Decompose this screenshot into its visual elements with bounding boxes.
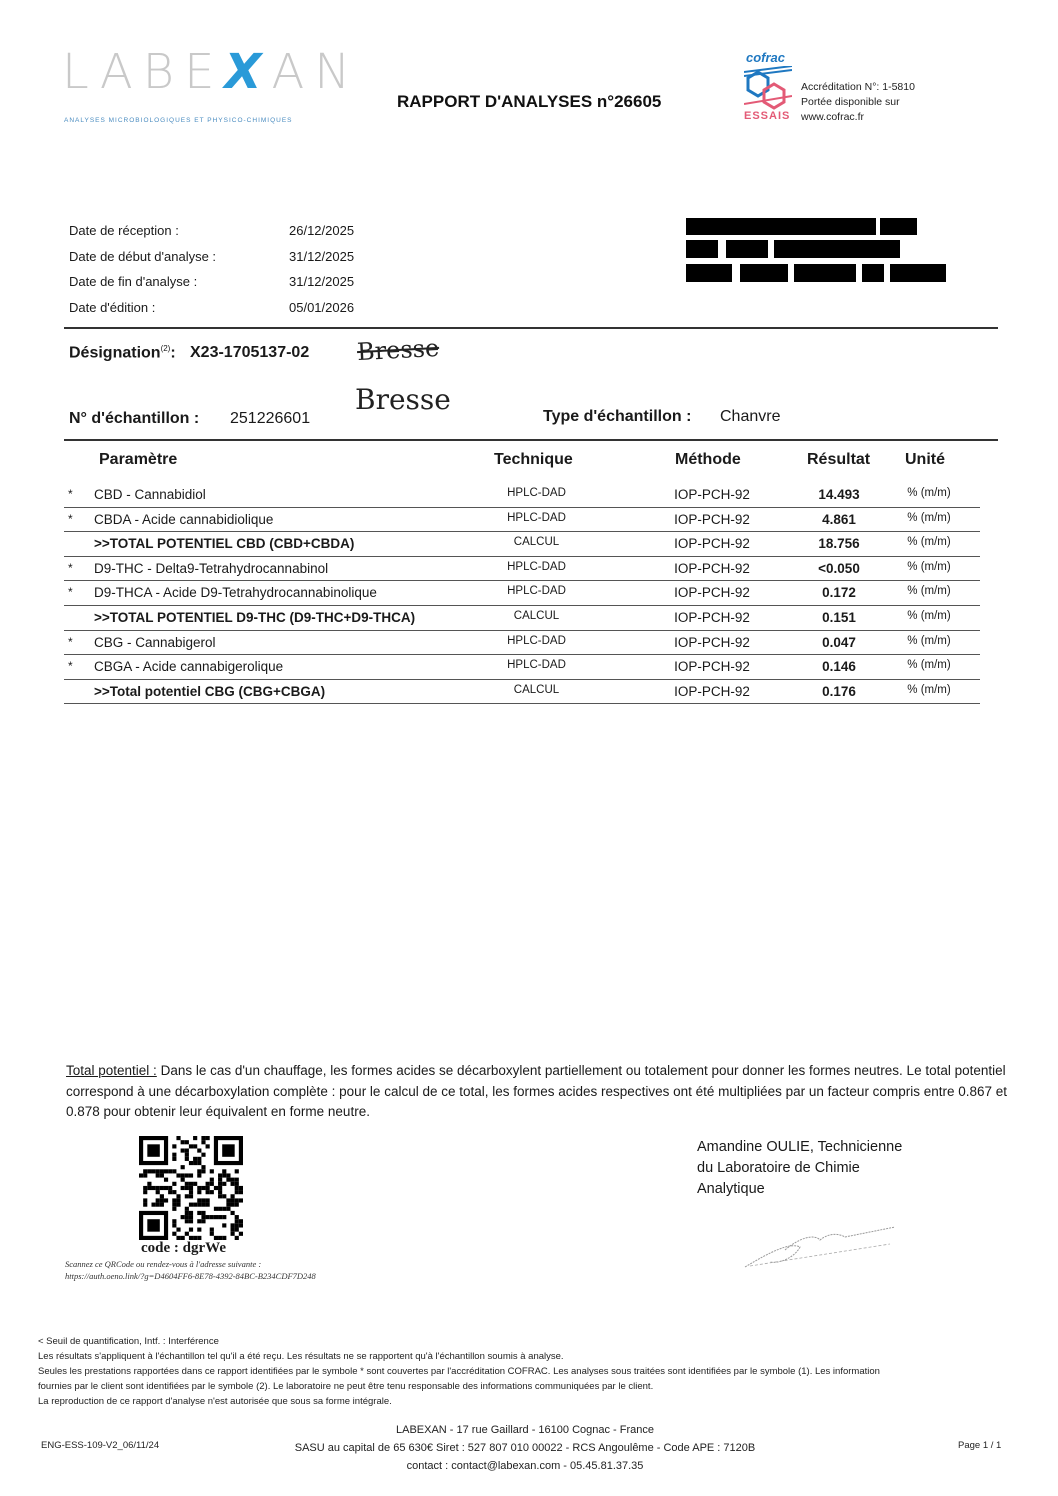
sample-type-value: Chanvre	[720, 408, 780, 426]
date-label: Date d'édition :	[69, 300, 289, 326]
signer-block: Amandine OULIE, Technicienne du Laborato…	[697, 1137, 902, 1200]
accreditation-star-icon: *	[68, 635, 73, 649]
cell-method: IOP-PCH-92	[652, 635, 772, 650]
cell-method: IOP-PCH-92	[652, 684, 772, 699]
header-technique: Technique	[494, 451, 573, 469]
note-text: Dans le cas d'un chauffage, les formes a…	[66, 1063, 1007, 1119]
cell-technique: CALCUL	[464, 536, 609, 548]
cell-result: 18.756	[794, 536, 884, 551]
company-address: LABEXAN - 17 rue Gaillard - 16100 Cognac…	[220, 1421, 830, 1439]
date-value: 31/12/2025	[289, 274, 409, 300]
cell-result: <0.050	[794, 561, 884, 576]
dates-block: Date de réception :26/12/2025 Date de dé…	[69, 223, 409, 325]
cell-result: 14.493	[794, 487, 884, 502]
date-row: Date de fin d'analyse :31/12/2025	[69, 274, 409, 300]
designation-value: X23-1705137-02	[190, 344, 309, 362]
cell-unit: % (m/m)	[894, 585, 964, 597]
signer-name: Amandine OULIE, Technicienne	[697, 1137, 902, 1158]
cell-method: IOP-PCH-92	[652, 561, 772, 576]
table-row: *D9-THCA - Acide D9-Tetrahydrocannabinol…	[64, 581, 980, 606]
header-param: Paramètre	[99, 451, 177, 469]
cell-parameter: D9-THC - Delta9-Tetrahydrocannabinol	[94, 561, 328, 576]
qr-instructions: Scannez ce QRCode ou rendez-vous à l'adr…	[65, 1258, 316, 1282]
designation-label: Désignation(2):	[69, 344, 176, 362]
results-table: Paramètre Technique Méthode Résultat Uni…	[64, 441, 980, 704]
cell-technique: HPLC-DAD	[464, 487, 609, 499]
logo-text: LABE	[62, 44, 224, 100]
table-row: *D9-THC - Delta9-TetrahydrocannabinolHPL…	[64, 557, 980, 582]
logo-text-end: AN	[271, 44, 360, 100]
legal-line: fournies par le client sont identifiées …	[38, 1379, 1038, 1394]
document-code: ENG-ESS-109-V2_06/11/24	[41, 1440, 159, 1451]
legal-line: < Seuil de quantification, Intf. : Inter…	[38, 1334, 1038, 1349]
logo-tagline: ANALYSES MICROBIOLOGIQUES ET PHYSICO-CHI…	[64, 117, 293, 124]
handwritten-struck-name: Bresse	[356, 334, 440, 366]
date-label: Date de début d'analyse :	[69, 249, 289, 275]
cofrac-logo: cofrac ESSAIS	[744, 50, 792, 124]
cofrac-website: www.cofrac.fr	[801, 110, 915, 125]
labexan-logo: LABEXAN	[62, 44, 360, 100]
cell-technique: HPLC-DAD	[464, 512, 609, 524]
accreditation-number: Accréditation N°: 1-5810	[801, 80, 915, 95]
cell-method: IOP-PCH-92	[652, 659, 772, 674]
designation-note: (2)	[161, 344, 171, 353]
logo-x-mark: X	[224, 44, 271, 100]
table-row: >>Total potentiel CBG (CBG+CBGA)CALCULIO…	[64, 680, 980, 705]
signature-icon	[740, 1222, 900, 1272]
cell-unit: % (m/m)	[894, 635, 964, 647]
cell-parameter: CBDA - Acide cannabidiolique	[94, 512, 273, 527]
date-row: Date de réception :26/12/2025	[69, 223, 409, 249]
cell-technique: HPLC-DAD	[464, 561, 609, 573]
cell-technique: CALCUL	[464, 610, 609, 622]
sample-number-label: N° d'échantillon :	[69, 410, 199, 428]
legal-line: La reproduction de ce rapport d'analyse …	[38, 1394, 1038, 1409]
cell-parameter: CBGA - Acide cannabigerolique	[94, 659, 283, 674]
cell-method: IOP-PCH-92	[652, 585, 772, 600]
cell-parameter: >>TOTAL POTENTIEL CBD (CBD+CBDA)	[94, 536, 354, 551]
date-label: Date de réception :	[69, 223, 289, 249]
cell-result: 4.861	[794, 512, 884, 527]
cell-unit: % (m/m)	[894, 512, 964, 524]
legal-notes: < Seuil de quantification, Intf. : Inter…	[38, 1334, 1038, 1409]
date-row: Date d'édition :05/01/2026	[69, 300, 409, 326]
cofrac-essais: ESSAIS	[744, 110, 790, 122]
qr-code-icon	[139, 1136, 243, 1240]
table-row: *CBG - CannabigerolHPLC-DADIOP-PCH-920.0…	[64, 631, 980, 656]
date-value: 26/12/2025	[289, 223, 409, 249]
cell-unit: % (m/m)	[894, 487, 964, 499]
cell-technique: HPLC-DAD	[464, 585, 609, 597]
date-value: 31/12/2025	[289, 249, 409, 275]
accreditation-star-icon: *	[68, 659, 73, 673]
cell-result: 0.176	[794, 684, 884, 699]
cell-result: 0.172	[794, 585, 884, 600]
report-title: RAPPORT D'ANALYSES n°26605	[397, 92, 661, 112]
cofrac-wordmark: cofrac	[746, 50, 785, 65]
accreditation-scope: Portée disponible sur	[801, 95, 915, 110]
qr-instruction-text: Scannez ce QRCode ou rendez-vous à l'adr…	[65, 1258, 316, 1270]
date-row: Date de début d'analyse :31/12/2025	[69, 249, 409, 275]
header-result: Résultat	[807, 451, 870, 469]
cell-method: IOP-PCH-92	[652, 536, 772, 551]
divider	[64, 327, 998, 329]
sample-type-label: Type d'échantillon :	[543, 408, 691, 426]
cell-parameter: D9-THCA - Acide D9-Tetrahydrocannabinoli…	[94, 585, 377, 600]
table-row: >>TOTAL POTENTIEL D9-THC (D9-THC+D9-THCA…	[64, 606, 980, 631]
cell-unit: % (m/m)	[894, 684, 964, 696]
cell-parameter: CBD - Cannabidiol	[94, 487, 206, 502]
table-header: Paramètre Technique Méthode Résultat Uni…	[64, 441, 980, 483]
cell-technique: HPLC-DAD	[464, 659, 609, 671]
cell-parameter: CBG - Cannabigerol	[94, 635, 216, 650]
cell-result: 0.047	[794, 635, 884, 650]
cell-method: IOP-PCH-92	[652, 610, 772, 625]
date-value: 05/01/2026	[289, 300, 409, 326]
accreditation-star-icon: *	[68, 487, 73, 501]
table-row: >>TOTAL POTENTIEL CBD (CBD+CBDA)CALCULIO…	[64, 532, 980, 557]
table-row: *CBD - CannabidiolHPLC-DADIOP-PCH-9214.4…	[64, 483, 980, 508]
cofrac-hexagon-icon	[744, 66, 792, 110]
cell-parameter: >>Total potentiel CBG (CBG+CBGA)	[94, 684, 325, 699]
cell-method: IOP-PCH-92	[652, 512, 772, 527]
accreditation-info: Accréditation N°: 1-5810 Portée disponib…	[801, 80, 915, 125]
accreditation-star-icon: *	[68, 561, 73, 575]
footer-address: LABEXAN - 17 rue Gaillard - 16100 Cognac…	[220, 1421, 830, 1475]
header-method: Méthode	[675, 451, 741, 469]
company-contact[interactable]: contact : contact@labexan.com - 05.45.81…	[220, 1457, 830, 1475]
cell-technique: CALCUL	[464, 684, 609, 696]
company-registration: SASU au capital de 65 630€ Siret : 527 8…	[220, 1439, 830, 1457]
cell-result: 0.146	[794, 659, 884, 674]
cell-unit: % (m/m)	[894, 561, 964, 573]
cell-parameter: >>TOTAL POTENTIEL D9-THC (D9-THC+D9-THCA…	[94, 610, 415, 625]
table-row: *CBDA - Acide cannabidioliqueHPLC-DADIOP…	[64, 508, 980, 533]
cell-unit: % (m/m)	[894, 659, 964, 671]
cell-result: 0.151	[794, 610, 884, 625]
legal-line: Seules les prestations rapportées dans c…	[38, 1364, 1038, 1379]
note-title: Total potentiel :	[66, 1063, 157, 1078]
signer-dept-2: Analytique	[697, 1179, 902, 1200]
table-row: *CBGA - Acide cannabigeroliqueHPLC-DADIO…	[64, 655, 980, 680]
accreditation-star-icon: *	[68, 512, 73, 526]
header-unit: Unité	[905, 451, 945, 469]
signer-dept: du Laboratoire de Chimie	[697, 1158, 902, 1179]
cell-unit: % (m/m)	[894, 610, 964, 622]
accreditation-star-icon: *	[68, 585, 73, 599]
designation-sep: :	[170, 344, 175, 361]
cell-method: IOP-PCH-92	[652, 487, 772, 502]
handwritten-name: Bresse	[355, 383, 451, 416]
page-number: Page 1 / 1	[958, 1440, 1001, 1451]
designation-label-text: Désignation	[69, 344, 161, 361]
sample-number-value: 251226601	[230, 410, 310, 428]
date-label: Date de fin d'analyse :	[69, 274, 289, 300]
cell-technique: HPLC-DAD	[464, 635, 609, 647]
legal-line: Les résultats s'appliquent à l'échantill…	[38, 1349, 1038, 1364]
total-potentiel-note: Total potentiel : Dans le cas d'un chauf…	[66, 1061, 1016, 1123]
qr-code-label: code : dgrWe	[141, 1240, 226, 1257]
qr-url[interactable]: https://auth.oeno.link/?g=D4604FF6-8E78-…	[65, 1270, 316, 1282]
cell-unit: % (m/m)	[894, 536, 964, 548]
